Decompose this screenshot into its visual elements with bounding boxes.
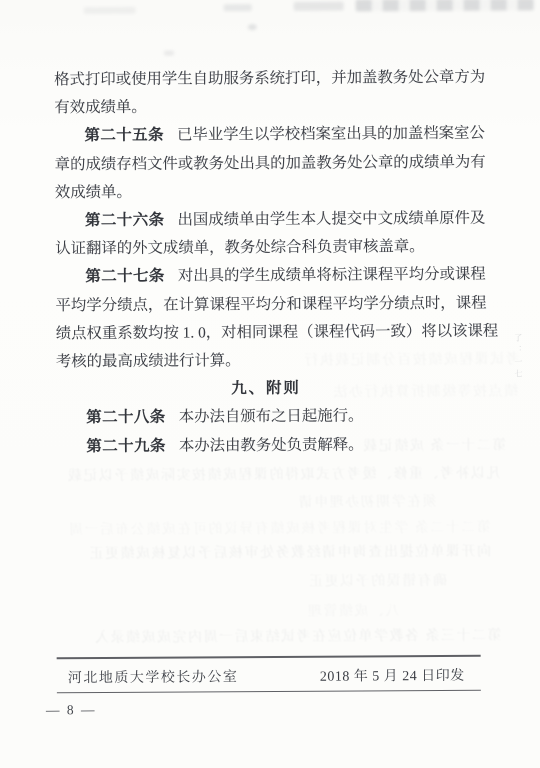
line-text: 对出具的学生成绩单将标注课程平均分或课程 [178, 266, 486, 285]
article-number: 第二十六条 [85, 212, 165, 229]
document-line: 认证翻译的外文成绩单，教务处综合科负责审核盖章。 [55, 233, 487, 264]
scan-smudge [164, 51, 174, 56]
line-text: 考核的最高成绩进行计算。 [56, 352, 241, 370]
line-text: 效成绩单。 [55, 184, 132, 201]
bleedthrough-text: 八、成绩管理 [269, 600, 399, 618]
bleedthrough-text: 确有错误的予以更正 [297, 570, 447, 588]
page-number: — 8 — [46, 702, 97, 718]
document-line: 第二十五条已毕业学生以学校档案室出具的加盖档案室公 [54, 120, 486, 151]
line-text: 本办法由教务处负责解释。 [179, 436, 364, 454]
line-text: 本办法自颁布之日起施行。 [179, 408, 364, 426]
article-number: 第二十八条 [86, 409, 166, 426]
document-line: 绩点权重系数均按 1. 0，对相同课程（课程代码一致）将以该课程 [56, 317, 488, 348]
document-line: 效成绩单。 [55, 176, 487, 207]
document-line: 第二十八条本办法自颁布之日起施行。 [56, 402, 488, 433]
margin-bleedthrough-text: 了：一七 [513, 333, 524, 381]
document-line: 第二十六条出国成绩单由学生本人提交中文成绩单原件及 [55, 205, 487, 236]
bleedthrough-text: 考试课程成绩按百分制记载执行 [282, 348, 520, 366]
bleedthrough-text: 凡以补考、重修、缓考方式取得的课程成绩按实际成绩予以记载 [56, 463, 500, 483]
bleedthrough-text: 第二十三条 各教学单位应在考试结束后一周内完成成绩录入 [57, 625, 501, 645]
footer-rule-top [57, 655, 481, 659]
article-number: 第二十七条 [85, 268, 165, 285]
scan-smudge [224, 4, 252, 11]
line-text: 出国成绩单由学生本人提交中文成绩单原件及 [177, 210, 485, 229]
bleedthrough-text: 向开课单位提出查询申请经教务处审核后予以复核成绩更正 [59, 541, 491, 561]
line-text: 已毕业学生以学校档案室出具的加盖档案室公 [177, 125, 485, 144]
scan-smudge [294, 2, 344, 11]
document-line: 平均学分绩点，在计算课程平均分和课程平均学分绩点时，课程 [55, 289, 487, 320]
bleedthrough-text: 第二十二条 学生对课程考核成绩有异议的可在成绩公布后一周 [61, 517, 491, 537]
bleedthrough-text: 第二十一条 成绩记载 [356, 435, 506, 453]
bleedthrough-text: 绩点按等级制折算执行办法 [332, 380, 518, 398]
scanned-document-page: 格式打印或使用学生自助服务系统打印，并加盖教务处公章方为 有效成绩单。 第二十五… [0, 0, 540, 768]
line-text: 认证翻译的外文成绩单，教务处综合科负责审核盖章。 [55, 238, 424, 257]
line-text: 格式打印或使用学生自助服务系统打印，并加盖教务处公章方为 [54, 69, 485, 89]
scan-smudge [84, 7, 136, 14]
document-body: 格式打印或使用学生自助服务系统打印，并加盖教务处公章方为 有效成绩单。 第二十五… [54, 64, 488, 461]
document-line: 章的成绩存档文件或教务处出具的加盖教务处公章的成绩单为有 [55, 148, 487, 179]
footer-rule-bottom [57, 690, 481, 694]
article-number: 第二十五条 [84, 127, 164, 144]
line-text: 章的成绩存档文件或教务处出具的加盖教务处公章的成绩单为有 [55, 153, 486, 173]
paper-sheet: 格式打印或使用学生自助服务系统打印，并加盖教务处公章方为 有效成绩单。 第二十五… [0, 0, 540, 768]
line-text: 绩点权重系数均按 1. 0，对相同课程（课程代码一致）将以该课程 [56, 322, 499, 342]
footer: 河北地质大学校长办公室 2018 年 5 月 24 日印发 [57, 663, 481, 690]
scan-smudge [248, 24, 257, 30]
document-line: 格式打印或使用学生自助服务系统打印，并加盖教务处公章方为 [54, 64, 486, 95]
issuing-office: 河北地质大学校长办公室 [57, 666, 239, 687]
section-heading-text: 九、附则 [231, 380, 301, 397]
article-number: 第二十九条 [86, 437, 166, 454]
document-line: 有效成绩单。 [54, 92, 486, 123]
bleedthrough-text: 须在学期初办理申请手续 [297, 491, 437, 509]
line-text: 平均学分绩点，在计算课程平均分和课程平均学分绩点时，课程 [55, 294, 486, 314]
issue-date: 2018 年 5 月 24 日印发 [320, 665, 481, 686]
line-text: 有效成绩单。 [54, 99, 146, 117]
document-line: 第二十七条对出具的学生成绩单将标注课程平均分或课程 [55, 261, 487, 292]
scan-smudge [356, 0, 534, 11]
